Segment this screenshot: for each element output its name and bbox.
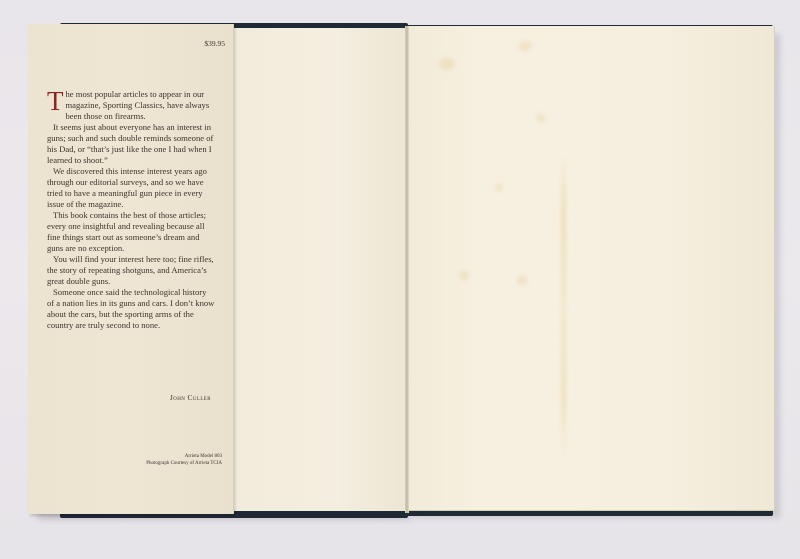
foxing-spot bbox=[517, 276, 527, 285]
blurb-paragraph: It seems just about everyone has an inte… bbox=[47, 122, 215, 166]
right-endpaper-page bbox=[409, 26, 775, 511]
blurb-paragraph: You will find your interest here too; fi… bbox=[47, 254, 215, 287]
blurb-paragraph: We discovered this intense interest year… bbox=[47, 166, 215, 210]
front-free-endpaper bbox=[233, 28, 407, 511]
foxing-spot bbox=[459, 271, 469, 280]
foxing-spot bbox=[519, 41, 531, 51]
price-label: $39.95 bbox=[204, 39, 225, 48]
foxing-spot bbox=[439, 58, 455, 70]
foxing-spot bbox=[495, 184, 502, 191]
flap-blurb: The most popular articles to appear in o… bbox=[47, 89, 215, 331]
blurb-paragraph: This book contains the best of those art… bbox=[47, 210, 215, 254]
blurb-paragraph: The most popular articles to appear in o… bbox=[47, 89, 215, 122]
foxing-spot bbox=[537, 114, 545, 122]
foxing-stain-line bbox=[561, 156, 566, 456]
blurb-paragraph: Someone once said the technological hist… bbox=[47, 287, 215, 331]
drop-cap: T bbox=[47, 90, 64, 112]
